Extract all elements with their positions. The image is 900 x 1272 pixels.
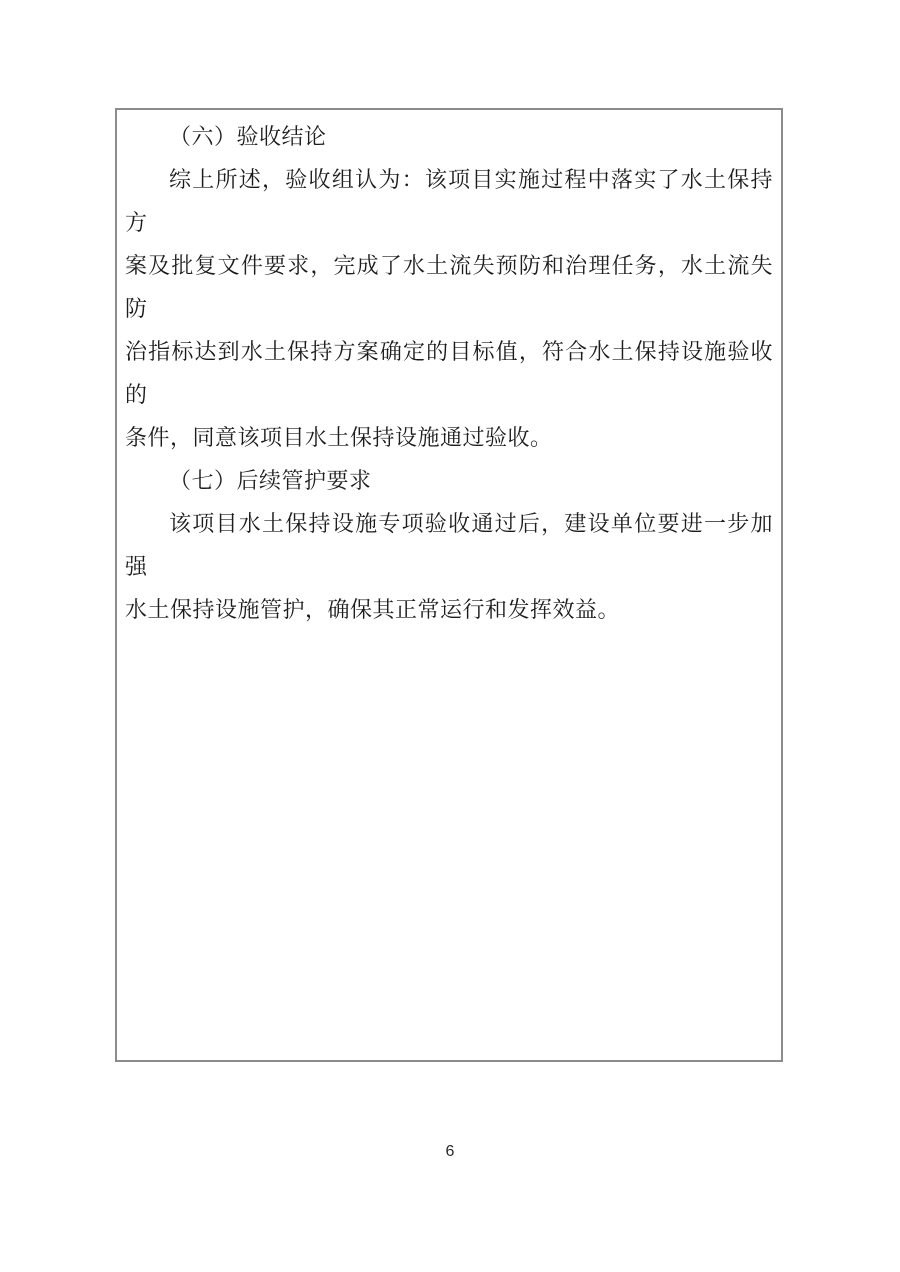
section-6-line-4: 条件，同意该项目水土保持设施通过验收。 <box>125 416 773 459</box>
page-number: 6 <box>0 1143 900 1161</box>
section-6-line-1: 综上所述，验收组认为：该项目实施过程中落实了水土保持方 <box>125 158 773 244</box>
section-7-line-2: 水土保持设施管护，确保其正常运行和发挥效益。 <box>125 588 773 631</box>
section-7-line-1: 该项目水土保持设施专项验收通过后，建设单位要进一步加强 <box>125 502 773 588</box>
section-6-heading: （六）验收结论 <box>125 115 773 158</box>
section-6-line-3: 治指标达到水土保持方案确定的目标值，符合水土保持设施验收的 <box>125 330 773 416</box>
section-7-heading: （七）后续管护要求 <box>125 459 773 502</box>
content-border-box: （六）验收结论 综上所述，验收组认为：该项目实施过程中落实了水土保持方 案及批复… <box>115 108 783 1062</box>
document-page: （六）验收结论 综上所述，验收组认为：该项目实施过程中落实了水土保持方 案及批复… <box>0 0 900 1272</box>
section-6-line-2: 案及批复文件要求，完成了水土流失预防和治理任务，水土流失防 <box>125 244 773 330</box>
